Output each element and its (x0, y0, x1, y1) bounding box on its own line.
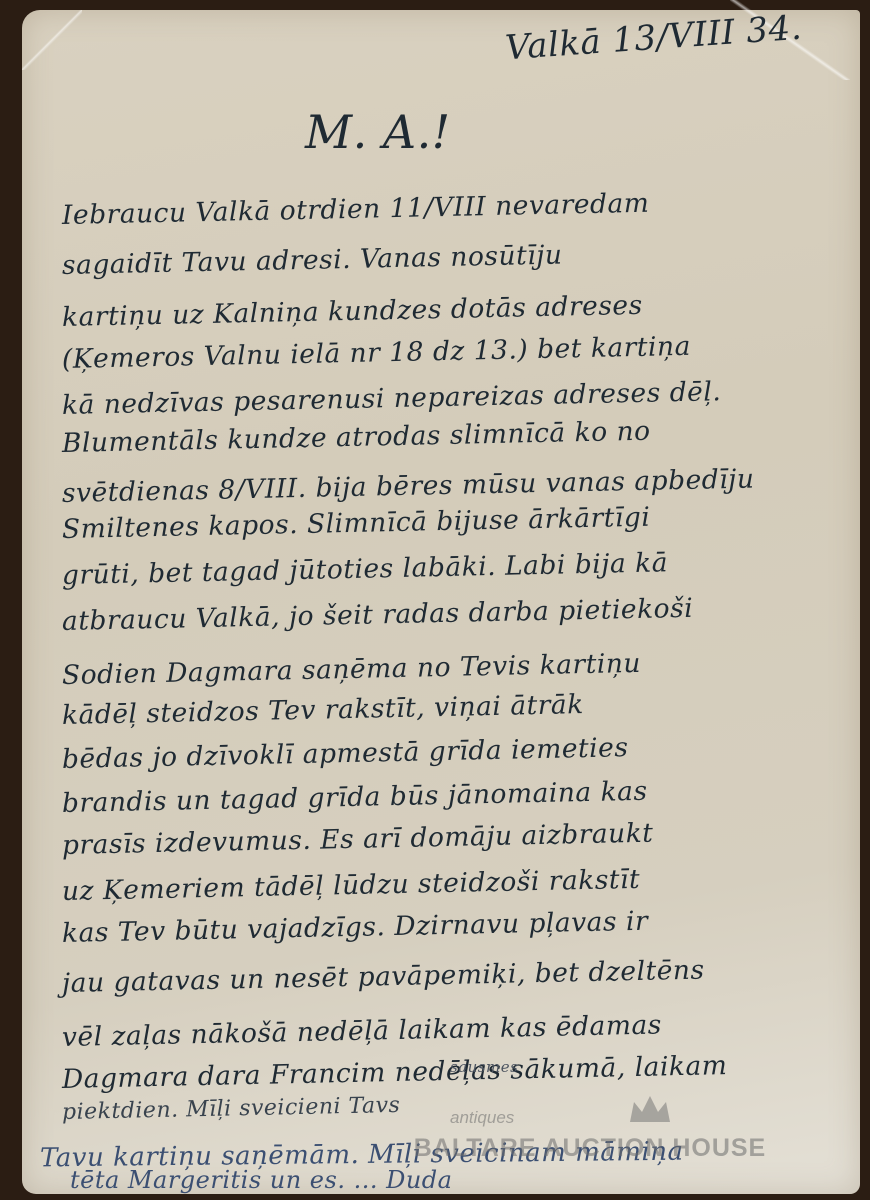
postscript-line: tēta Margeritis un es. ... Duda (70, 1166, 452, 1194)
corner-fold (22, 10, 82, 70)
interlinear-note: sausmes (450, 1058, 518, 1076)
salutation: M. A.! (305, 105, 451, 159)
